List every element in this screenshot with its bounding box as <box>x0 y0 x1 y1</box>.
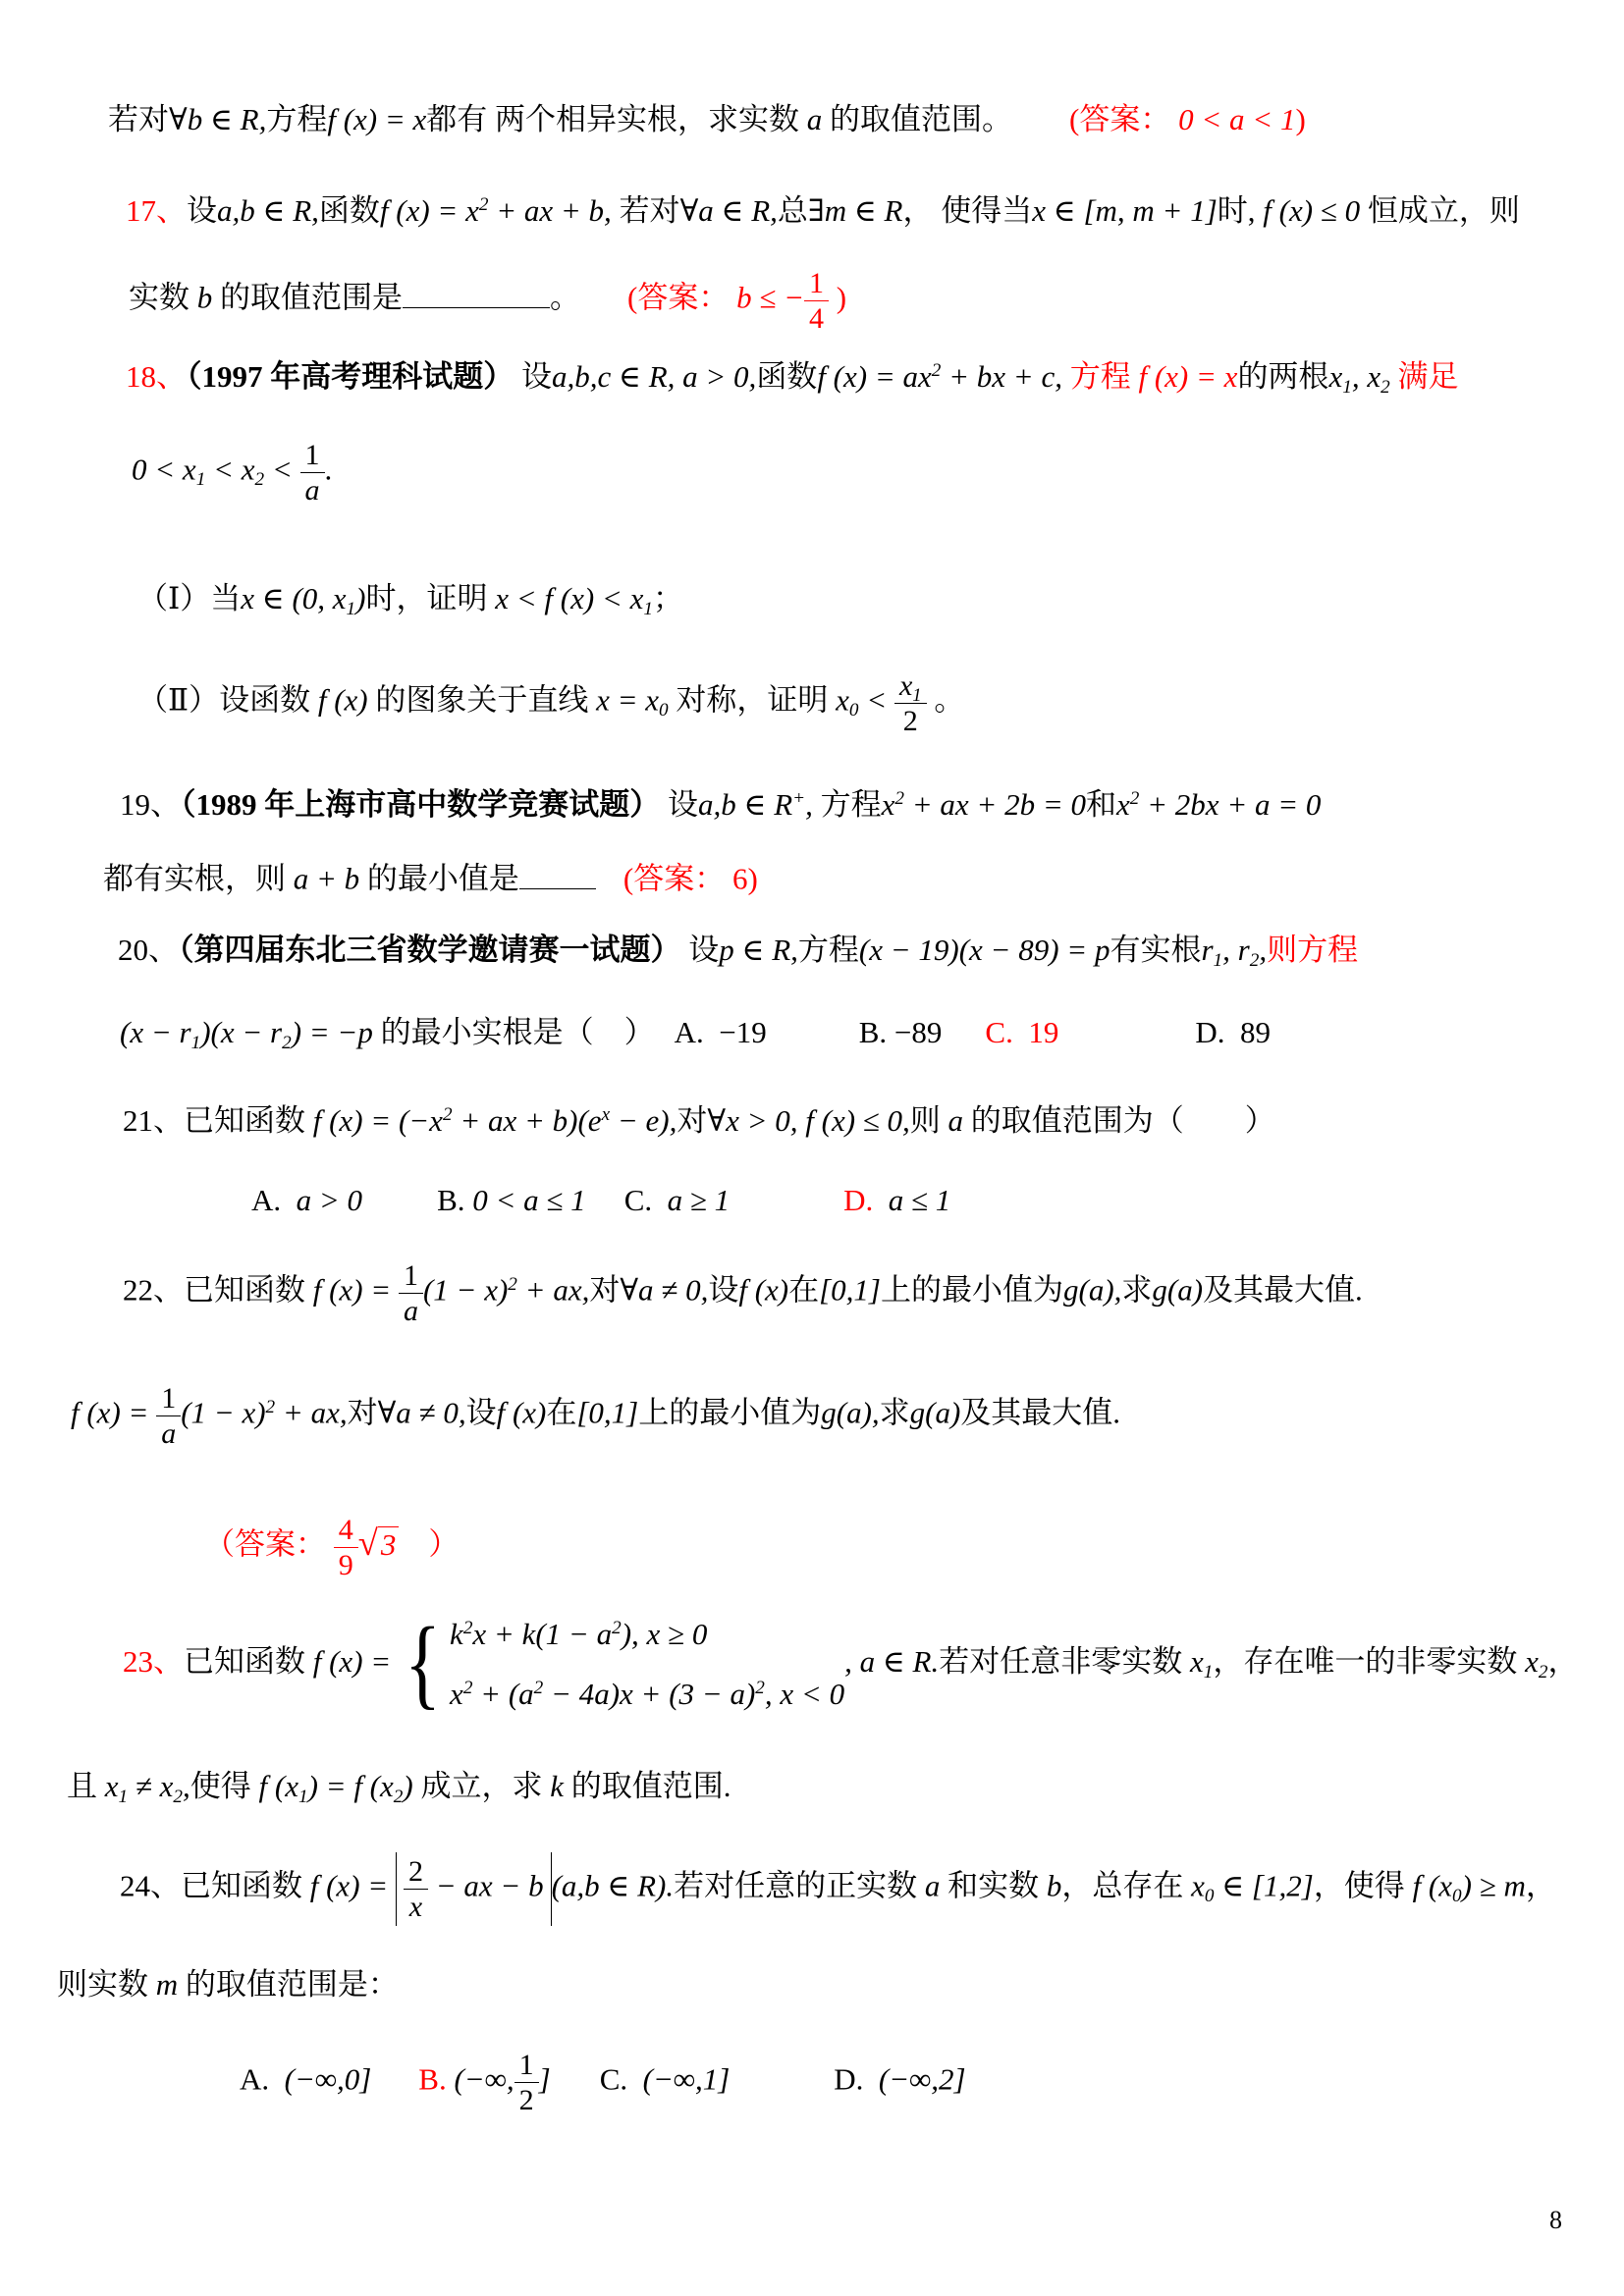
q24-line1: 24、已知函数 f (x) = 2x − ax − b(a,b ∈ R).若对任… <box>120 1852 1556 1926</box>
fraction: 14 <box>804 267 829 335</box>
q21-line1: 21、已知函数 f (x) = (−x2 + ax + b)(ex − e),对… <box>123 1099 1275 1144</box>
absolute-value: 2x − ax − b <box>396 1852 552 1926</box>
q22-line2: f (x) = 1a(1 − x)2 + ax,对∀a ≠ 0,设f (x)在[… <box>71 1382 1120 1450</box>
q21-options: A. a > 0B. 0 < a ≤ 1C. a ≥ 1D. a ≤ 1 <box>251 1179 950 1223</box>
q17-line2: 实数 b 的取值范围是。(答案： b ≤ −14 ) <box>129 267 846 335</box>
q18-part1: （Ⅰ）当x ∈ (0, x1)时，证明 x < f (x) < x1； <box>137 577 683 621</box>
q20-line1: 20、（第四届东北三省数学邀请赛一试题） 设p ∈ R,方程(x − 19)(x… <box>118 929 1358 973</box>
q24-options: A. (−∞,0]B. (−∞,12]C. (−∞,1]D. (−∞,2] <box>240 2049 966 2116</box>
fraction: 1a <box>399 1259 423 1327</box>
q24-line2: 则实数 m 的取值范围是： <box>57 1963 399 2007</box>
q18-inequality: 0 < x1 < x2 < 1a. <box>132 439 332 507</box>
fraction: x12 <box>894 669 927 737</box>
left-brace: { <box>405 1622 441 1707</box>
q22-line1: 22、已知函数 f (x) = 1a(1 − x)2 + ax,对∀a ≠ 0,… <box>123 1259 1363 1327</box>
piecewise-cases: {k2x + k(1 − a2), x ≥ 0x2 + (a2 − 4a)x +… <box>399 1613 844 1717</box>
q17-line1: 17、设a,b ∈ R,函数f (x) = x2 + ax + b, 若对∀a … <box>126 189 1520 234</box>
blank-underline <box>403 276 550 308</box>
fraction: 1a <box>300 439 325 507</box>
document-page: 若对∀b ∈ R,方程f (x) = x都有 两个相异实根，求实数 a 的取值范… <box>0 0 1624 2296</box>
fraction: 49 <box>334 1514 358 1581</box>
page-number: 8 <box>1549 2202 1562 2239</box>
q19-line1: 19、（1989 年上海市高中数学竞赛试题） 设a,b ∈ R+, 方程x2 +… <box>120 783 1321 828</box>
q18-part2: （Ⅱ）设函数 f (x) 的图象关于直线 x = x0 对称，证明 x0 < x… <box>137 669 964 737</box>
fraction: 1a <box>156 1382 181 1450</box>
q20-line2: (x − r1)(x − r2) = −p 的最小实根是（ ）A. −19B. … <box>120 1011 1271 1055</box>
blank-underline <box>519 857 596 889</box>
q18-line1: 18、（1997 年高考理科试题） 设a,b,c ∈ R, a > 0,函数f … <box>126 355 1458 400</box>
sqrt-radical: √3 <box>358 1517 400 1569</box>
q16-continuation: 若对∀b ∈ R,方程f (x) = x都有 两个相异实根，求实数 a 的取值范… <box>108 98 1306 142</box>
q23-line2: 且 x1 ≠ x2,使得 f (x1) = f (x2) 成立，求 k 的取值范… <box>67 1765 731 1809</box>
q22-answer: （答案： 49√3） <box>204 1514 459 1581</box>
fraction: 2x <box>404 1855 428 1923</box>
q23-line1: 23、已知函数 f (x) = {k2x + k(1 − a2), x ≥ 0x… <box>123 1613 1578 1717</box>
q19-line2: 都有实根，则 a + b 的最小值是(答案： 6) <box>103 857 758 902</box>
fraction: 12 <box>514 2049 539 2116</box>
